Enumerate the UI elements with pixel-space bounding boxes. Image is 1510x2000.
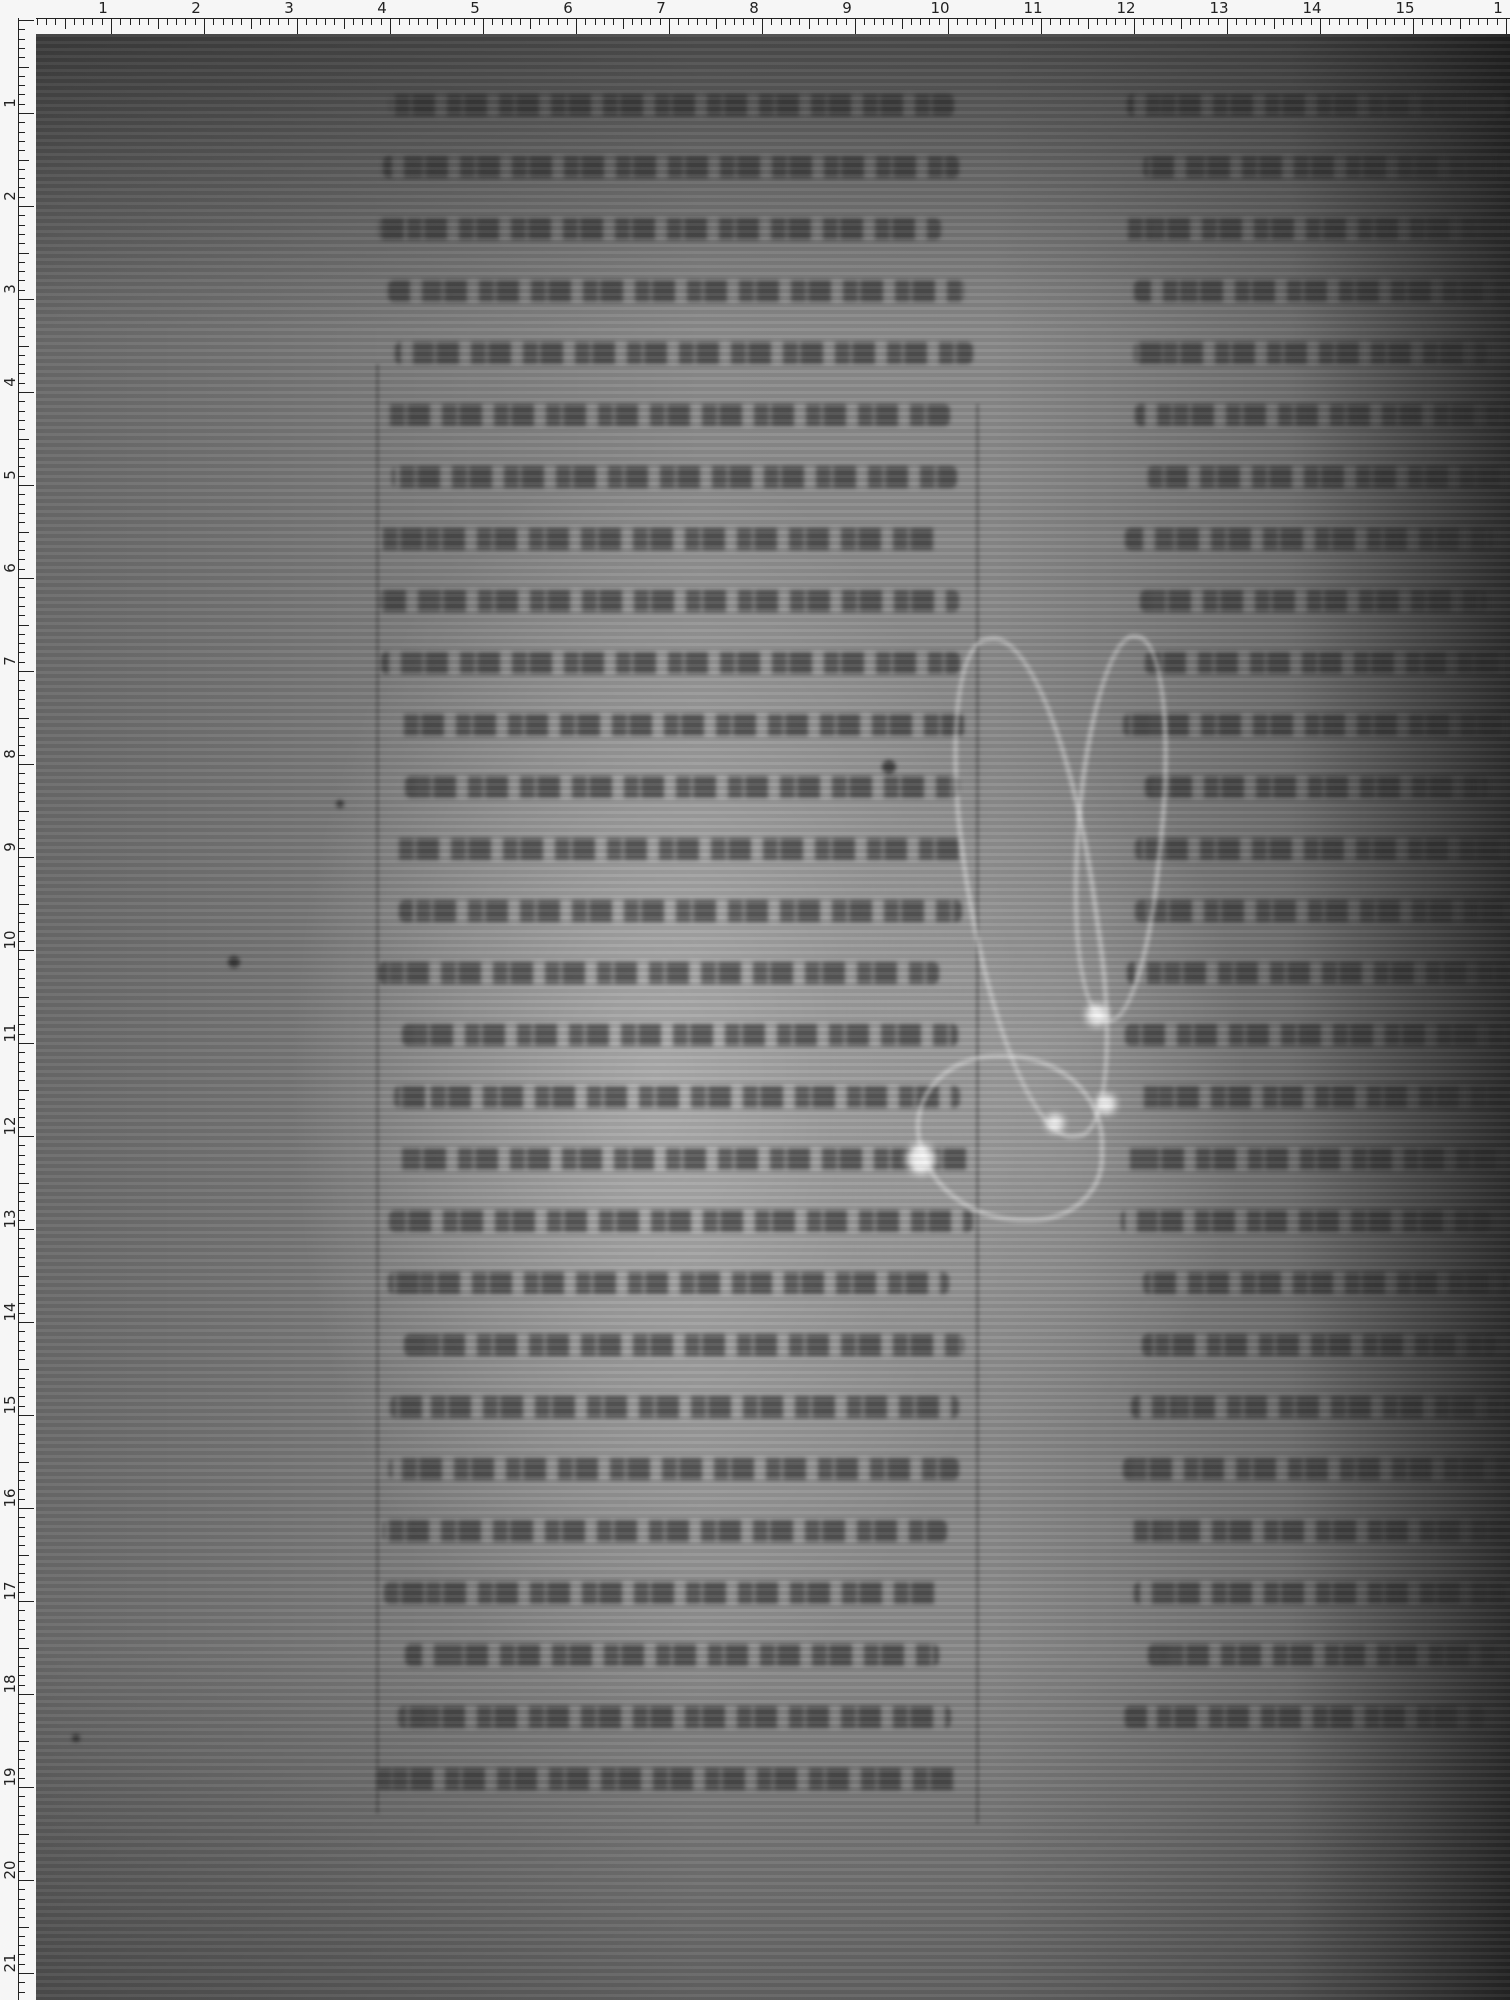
- glare-spot: [1086, 1004, 1108, 1026]
- ruler-tick: [716, 19, 717, 29]
- ruler-tick: [19, 1834, 29, 1835]
- ruler-tick: [1125, 19, 1126, 25]
- ruler-tick: [19, 1303, 25, 1304]
- ruler-label: 14: [2, 1302, 18, 1322]
- ruler-tick: [19, 1489, 25, 1490]
- ruler-tick: [19, 522, 25, 523]
- ruler-tick: [19, 1052, 25, 1053]
- ruler-tick: [19, 280, 25, 281]
- ruler-tick: [911, 19, 912, 25]
- ruler-tick: [19, 411, 25, 412]
- ruler-tick: [19, 122, 25, 123]
- ruler-tick: [1032, 19, 1033, 25]
- ruler-tick: [83, 19, 84, 25]
- ruler-tick: [19, 1982, 25, 1983]
- ruler-tick: [836, 19, 837, 25]
- script-line: [1148, 1644, 1500, 1666]
- ruler-tick: [19, 1266, 25, 1267]
- script-line: [378, 962, 939, 984]
- ruler-label: 18: [2, 1674, 18, 1694]
- ruler-tick: [19, 29, 25, 30]
- ruler-tick: [260, 19, 261, 25]
- ruler-label: 1: [1493, 0, 1503, 16]
- ruler-tick: [37, 19, 38, 25]
- ruler-tick: [1376, 19, 1377, 25]
- ruler-tick: [520, 19, 521, 25]
- script-line: [384, 1582, 946, 1604]
- ruler-tick: [19, 1350, 25, 1351]
- script-line: [389, 1458, 959, 1480]
- ruler-tick: [1348, 19, 1349, 25]
- ruler-tick: [19, 1573, 25, 1574]
- ruler-tick: [19, 1378, 25, 1379]
- ruler-tick: [19, 513, 25, 514]
- ruler-tick: [130, 19, 131, 25]
- ruler-tick: [632, 19, 633, 25]
- ruler-tick: [19, 1248, 25, 1249]
- ruler-tick: [19, 1675, 25, 1676]
- script-line: [1131, 1396, 1510, 1418]
- ruler-tick: [19, 1648, 29, 1649]
- ruler-tick: [19, 132, 25, 133]
- ruler-tick: [530, 19, 531, 29]
- ruler-tick: [19, 1136, 34, 1137]
- ruler-tick: [1199, 19, 1200, 25]
- script-line: [1135, 838, 1510, 860]
- ruler-tick: [1394, 19, 1395, 25]
- ruler-tick: [1413, 19, 1414, 34]
- ruler-tick: [19, 541, 25, 542]
- ruler-tick: [241, 19, 242, 25]
- ruler-tick: [483, 19, 484, 34]
- ruler-tick: [557, 19, 558, 25]
- ruler-tick: [967, 19, 968, 25]
- ruler-tick: [19, 1555, 29, 1556]
- ruler-tick: [19, 727, 25, 728]
- ruler-tick: [418, 19, 419, 25]
- ruler-tick: [19, 978, 25, 979]
- ruler-tick: [19, 1443, 25, 1444]
- ruler-tick: [19, 1043, 34, 1044]
- ruler-tick: [19, 1024, 25, 1025]
- ruler-tick: [19, 1480, 25, 1481]
- script-line: [381, 652, 960, 674]
- ruler-left: 123456789101112131415161718192021: [0, 0, 36, 2000]
- ruler-tick: [799, 19, 800, 25]
- script-line: [1135, 900, 1510, 922]
- ruler-tick: [19, 773, 25, 774]
- ruler-tick: [19, 457, 25, 458]
- ruler-tick: [19, 234, 25, 235]
- ruler-tick: [1432, 19, 1433, 25]
- ruler-label: 10: [2, 930, 18, 950]
- ruler-tick: [1190, 19, 1191, 25]
- ruler-top: 01234567891011121314151: [0, 0, 1510, 34]
- ruler-tick: [92, 19, 93, 25]
- ruler-tick: [19, 1992, 25, 1993]
- ruler-tick: [19, 1183, 29, 1184]
- ruler-tick: [474, 19, 475, 25]
- ruler-tick: [1208, 19, 1209, 25]
- script-line: [395, 1148, 971, 1170]
- ruler-tick: [19, 625, 29, 626]
- glare-spot: [1046, 1114, 1064, 1132]
- ruler-tick: [19, 1359, 25, 1360]
- ruler-tick: [19, 1108, 25, 1109]
- ruler-tick: [19, 922, 25, 923]
- ruler-label: 17: [2, 1581, 18, 1601]
- ruler-tick: [19, 532, 29, 533]
- ruler-tick: [362, 19, 363, 25]
- ruler-tick: [1329, 19, 1330, 25]
- ruler-tick: [19, 169, 25, 170]
- script-line: [1145, 652, 1510, 674]
- script-line: [392, 466, 957, 488]
- ruler-tick: [492, 19, 493, 25]
- ruler-tick: [46, 19, 47, 25]
- ruler-label: 13: [1209, 0, 1228, 16]
- ruler-tick: [19, 1406, 25, 1407]
- script-line: [1123, 1458, 1510, 1480]
- ruler-tick: [669, 19, 670, 34]
- ruler-tick: [19, 76, 25, 77]
- ruler-tick: [706, 19, 707, 25]
- ruler-tick: [111, 19, 112, 34]
- ruler-tick: [167, 19, 168, 25]
- ruler-tick: [19, 876, 25, 877]
- ruler-tick: [1050, 19, 1051, 25]
- script-line: [383, 404, 950, 426]
- ruler-tick: [325, 19, 326, 25]
- ruler-tick: [19, 1471, 25, 1472]
- ruler-tick: [1478, 19, 1479, 25]
- ruler-tick: [19, 1117, 25, 1118]
- ruler-label: 14: [1302, 0, 1321, 16]
- ruler-label: 7: [656, 0, 666, 16]
- ruler-label: 15: [1395, 0, 1414, 16]
- ruler-tick: [19, 373, 25, 374]
- ruler-tick: [19, 215, 25, 216]
- ruler-tick: [288, 19, 289, 25]
- ruler-tick: [19, 299, 34, 300]
- ruler-tick: [19, 931, 25, 932]
- ruler-tick: [65, 19, 66, 29]
- ruler-tick: [1246, 19, 1247, 25]
- ruler-tick: [809, 19, 810, 29]
- ruler-tick: [19, 1592, 25, 1593]
- ruler-tick: [344, 19, 345, 29]
- ruler-tick: [19, 1099, 25, 1100]
- ruler-tick: [19, 1582, 25, 1583]
- ruler-tick: [19, 1145, 25, 1146]
- ruler-tick: [19, 811, 29, 812]
- ruler-tick: [19, 569, 25, 570]
- script-line: [376, 1768, 964, 1790]
- ruler-tick: [19, 885, 25, 886]
- ruler-tick: [19, 466, 25, 467]
- ruler-tick: [19, 439, 29, 440]
- ruler-label: 2: [2, 186, 18, 206]
- ruler-tick: [19, 969, 25, 970]
- ruler-tick: [19, 1155, 25, 1156]
- ruler-label: 8: [2, 744, 18, 764]
- ruler-tick: [19, 634, 25, 635]
- ruler-tick: [19, 1396, 25, 1397]
- ruler-tick: [660, 19, 661, 25]
- script-line: [396, 714, 965, 736]
- ruler-tick: [19, 1620, 25, 1621]
- ruler-tick: [19, 160, 29, 161]
- ruler-tick: [19, 150, 25, 151]
- ruler-tick: [19, 652, 25, 653]
- ruler-label: 6: [2, 558, 18, 578]
- ruler-tick: [297, 19, 298, 34]
- ruler-tick: [353, 19, 354, 25]
- ruler-tick: [19, 764, 34, 765]
- ruler-tick: [19, 20, 34, 21]
- ruler-tick: [19, 392, 34, 393]
- ruler-tick: [19, 187, 25, 188]
- ruler-tick: [213, 19, 214, 25]
- ruler-label: 5: [470, 0, 480, 16]
- ruler-tick: [223, 19, 224, 25]
- ruler-tick: [19, 838, 25, 839]
- ruler-tick: [19, 243, 25, 244]
- ruler-tick: [1181, 19, 1182, 29]
- ruler-tick: [1153, 19, 1154, 25]
- ruler-tick: [19, 792, 25, 793]
- ruler-label: 2: [191, 0, 201, 16]
- ruler-label: 9: [2, 837, 18, 857]
- ruler-tick: [539, 19, 540, 25]
- ruler-label: 8: [749, 0, 759, 16]
- ruler-tick: [19, 290, 25, 291]
- ruler-label: 3: [284, 0, 294, 16]
- ruler-tick: [753, 19, 754, 25]
- ruler-tick: [19, 1703, 25, 1704]
- ruler-label: 1: [2, 93, 18, 113]
- script-line: [1142, 1334, 1496, 1356]
- ruler-tick: [204, 19, 205, 34]
- script-line: [1125, 1024, 1510, 1046]
- ruler-tick: [1227, 19, 1228, 34]
- ruler-tick: [678, 19, 679, 25]
- ruler-tick: [19, 1006, 25, 1007]
- ruler-label: 6: [563, 0, 573, 16]
- script-line: [1123, 714, 1510, 736]
- script-line: [402, 1024, 958, 1046]
- ruler-tick: [1274, 19, 1275, 29]
- ink-blot: [72, 1734, 80, 1742]
- ruler-tick: [790, 19, 791, 25]
- ruler-tick: [771, 19, 772, 25]
- ruler-tick: [1041, 19, 1042, 34]
- ruler-tick: [19, 1936, 25, 1937]
- script-line: [1143, 1272, 1508, 1294]
- ruler-tick: [19, 1062, 25, 1063]
- ruler-tick: [920, 19, 921, 25]
- ruler-tick: [19, 959, 25, 960]
- ruler-tick: [995, 19, 996, 29]
- ruler-tick: [19, 1331, 25, 1332]
- ruler-tick: [19, 1545, 25, 1546]
- ruler-tick: [1339, 19, 1340, 25]
- ruler-tick: [19, 1071, 25, 1072]
- script-line: [1139, 1086, 1510, 1108]
- ruler-tick: [1088, 19, 1089, 29]
- ruler-tick: [148, 19, 149, 25]
- ruler-tick: [623, 19, 624, 29]
- ruler-tick: [19, 1889, 25, 1890]
- script-line: [383, 156, 959, 178]
- ruler-tick: [1311, 19, 1312, 25]
- ruler-tick: [185, 19, 186, 25]
- ruler-tick: [19, 1173, 25, 1174]
- ruler-tick: [1469, 19, 1470, 25]
- ruler-tick: [1115, 19, 1116, 25]
- ruler-tick: [19, 271, 25, 272]
- ruler-tick: [19, 1127, 25, 1128]
- ruler-tick: [19, 85, 25, 86]
- ruler-tick: [446, 19, 447, 25]
- ruler-tick: [19, 718, 29, 719]
- ruler-tick: [957, 19, 958, 25]
- ruler-tick: [19, 606, 25, 607]
- ruler-tick: [19, 1759, 25, 1760]
- script-line: [1125, 528, 1493, 550]
- ruler-tick: [1134, 19, 1135, 34]
- script-line: [390, 1396, 959, 1418]
- ruler-tick: [19, 699, 25, 700]
- ruler-tick: [19, 429, 25, 430]
- ink-blot: [882, 760, 896, 774]
- ruler-tick: [19, 1220, 25, 1221]
- ruler-tick: [1255, 19, 1256, 25]
- ruler-tick: [19, 494, 25, 495]
- ruler-tick: [19, 1778, 25, 1779]
- ruler-tick: [19, 1387, 25, 1388]
- ruler-tick: [19, 57, 25, 58]
- ruler-tick: [19, 708, 25, 709]
- ruler-tick: [19, 1080, 25, 1081]
- ruler-tick: [19, 1871, 25, 1872]
- ruler-tick: [19, 1796, 25, 1797]
- ruler-tick: [567, 19, 568, 25]
- script-line: [388, 280, 965, 302]
- ruler-label: 15: [2, 1395, 18, 1415]
- ruler-tick: [120, 19, 121, 25]
- ruler-tick: [19, 1843, 25, 1844]
- ruler-tick: [19, 1229, 34, 1230]
- ruler-tick: [1367, 19, 1368, 29]
- ruler-label: 4: [377, 0, 387, 16]
- script-line: [1127, 94, 1506, 116]
- ruler-tick: [613, 19, 614, 25]
- ruler-tick: [455, 19, 456, 25]
- ruler-label: 19: [2, 1767, 18, 1787]
- ruler-tick: [19, 1741, 29, 1742]
- ruler-tick: [19, 1824, 25, 1825]
- ruler-tick: [19, 1201, 25, 1202]
- ruler-tick: [1301, 19, 1302, 25]
- ruler-tick: [390, 19, 391, 34]
- ruler-tick: [19, 1852, 25, 1853]
- ruler-tick: [1385, 19, 1386, 25]
- ruler-tick: [19, 950, 34, 951]
- ruler-tick: [1069, 19, 1070, 25]
- ruler-tick: [762, 19, 763, 34]
- ruler-tick: [399, 19, 400, 25]
- ruler-tick: [1320, 19, 1321, 34]
- ruler-tick: [19, 206, 34, 207]
- ruler-tick: [19, 253, 29, 254]
- ruler-tick: [19, 346, 29, 347]
- ruler-label: 12: [2, 1116, 18, 1136]
- script-line: [1134, 1582, 1506, 1604]
- ruler-tick: [19, 597, 25, 598]
- ruler-tick: [502, 19, 503, 25]
- ruler-tick: [892, 19, 893, 25]
- ruler-tick: [19, 1192, 25, 1193]
- ruler-tick: [1106, 19, 1107, 25]
- ruler-tick: [19, 1424, 25, 1425]
- script-line: [394, 1086, 960, 1108]
- ruler-tick: [19, 1927, 29, 1928]
- ruler-tick: [139, 19, 140, 25]
- ruler-tick: [939, 19, 940, 25]
- ruler-tick: [381, 19, 382, 25]
- ruler-tick: [55, 19, 56, 25]
- script-line: [392, 838, 963, 860]
- ruler-tick: [176, 19, 177, 25]
- ruler-tick: [19, 1638, 25, 1639]
- ruler-tick: [334, 19, 335, 25]
- script-line: [395, 342, 973, 364]
- ruler-tick: [19, 857, 34, 858]
- ruler-tick: [19, 987, 25, 988]
- ruler-tick: [74, 19, 75, 25]
- ruler-tick: [269, 19, 270, 25]
- ruler-label: 10: [930, 0, 949, 16]
- ruler-label: 9: [842, 0, 852, 16]
- ruler-tick: [19, 1452, 25, 1453]
- glare-spot: [1096, 1094, 1116, 1114]
- ruler-tick: [19, 1601, 34, 1602]
- ruler-tick: [19, 1415, 34, 1416]
- column-ruling-line: [376, 364, 379, 1814]
- ruler-tick: [19, 1964, 25, 1965]
- ruler-tick: [929, 19, 930, 25]
- ruler-tick: [371, 19, 372, 25]
- ruler-tick: [19, 559, 25, 560]
- script-line: [405, 1644, 939, 1666]
- ruler-tick: [19, 327, 25, 328]
- ruler-tick: [19, 1322, 34, 1323]
- ink-blot: [228, 956, 240, 968]
- ruler-tick: [19, 1731, 25, 1732]
- ruler-tick: [19, 894, 25, 895]
- ruler-label: 1: [98, 0, 108, 16]
- ruler-tick: [19, 662, 25, 663]
- script-line: [1130, 1520, 1510, 1542]
- ruler-tick: [1506, 19, 1507, 34]
- ruler-tick: [1097, 19, 1098, 25]
- ruler-tick: [19, 1610, 25, 1611]
- ruler-tick: [19, 1787, 34, 1788]
- ruler-tick: [19, 262, 25, 263]
- ruler-tick: [576, 19, 577, 34]
- ruler-tick: [697, 19, 698, 25]
